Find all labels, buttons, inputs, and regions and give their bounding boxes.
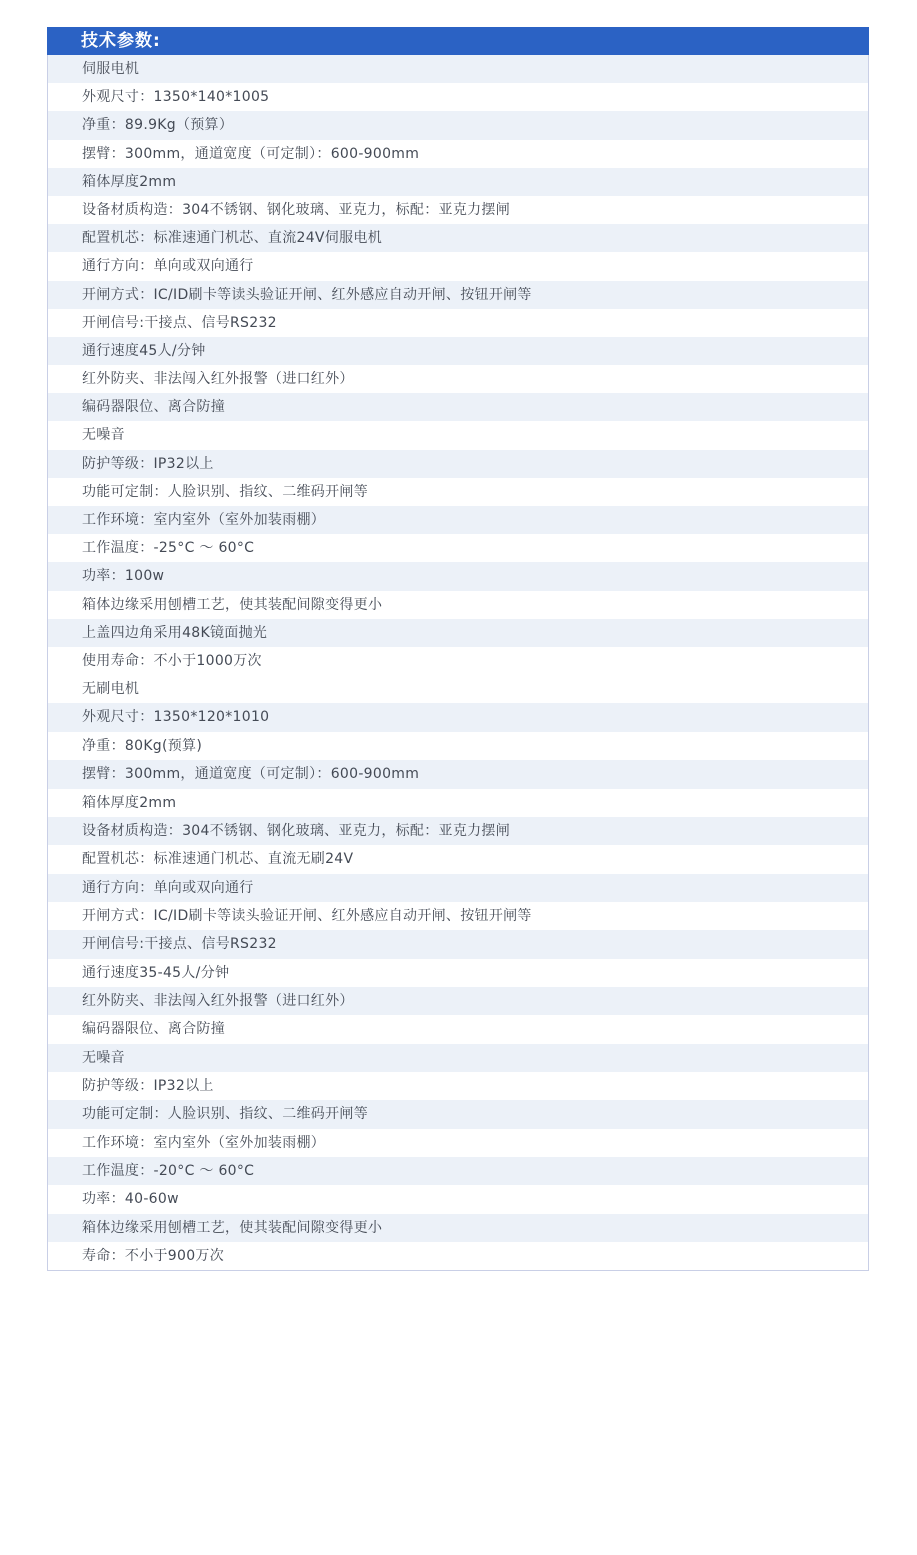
spec-row: 编码器限位、离合防撞: [48, 393, 868, 421]
spec-row: 设备材质构造：304不锈钢、钢化玻璃、亚克力，标配：亚克力摆闸: [48, 817, 868, 845]
spec-row: 箱体边缘采用刨槽工艺，使其装配间隙变得更小: [48, 591, 868, 619]
spec-row: 功率：100w: [48, 562, 868, 590]
spec-row: 通行速度45人/分钟: [48, 337, 868, 365]
spec-row: 摆臂：300mm，通道宽度（可定制）：600-900mm: [48, 140, 868, 168]
spec-row: 开闸方式：IC/ID刷卡等读头验证开闸、红外感应自动开闸、按钮开闸等: [48, 902, 868, 930]
spec-table-header: 技术参数:: [47, 27, 869, 55]
spec-row: 使用寿命：不小于1000万次: [48, 647, 868, 675]
spec-row: 开闸方式：IC/ID刷卡等读头验证开闸、红外感应自动开闸、按钮开闸等: [48, 281, 868, 309]
spec-row: 工作温度：-25°C ～ 60°C: [48, 534, 868, 562]
spec-row: 工作环境：室内室外（室外加装雨棚）: [48, 506, 868, 534]
spec-row: 净重：89.9Kg（预算）: [48, 111, 868, 139]
spec-row: 配置机芯：标准速通门机芯、直流无刷24V: [48, 845, 868, 873]
spec-row: 通行方向：单向或双向通行: [48, 874, 868, 902]
spec-row: 通行速度35-45人/分钟: [48, 959, 868, 987]
spec-row: 无噪音: [48, 1044, 868, 1072]
spec-row: 外观尺寸：1350*140*1005: [48, 83, 868, 111]
spec-row: 配置机芯：标准速通门机芯、直流24V伺服电机: [48, 224, 868, 252]
spec-row: 开闸信号:干接点、信号RS232: [48, 309, 868, 337]
section-brushless-motor: 无刷电机 外观尺寸：1350*120*1010 净重：80Kg(预算) 摆臂：3…: [48, 675, 868, 1270]
spec-row: 编码器限位、离合防撞: [48, 1015, 868, 1043]
section-title: 伺服电机: [48, 55, 868, 83]
spec-row: 防护等级：IP32以上: [48, 450, 868, 478]
spec-row: 净重：80Kg(预算): [48, 732, 868, 760]
spec-row: 工作温度：-20°C ～ 60°C: [48, 1157, 868, 1185]
spec-row: 寿命：不小于900万次: [48, 1242, 868, 1270]
section-servo-motor: 伺服电机 外观尺寸：1350*140*1005 净重：89.9Kg（预算） 摆臂…: [48, 55, 868, 675]
spec-row: 箱体边缘采用刨槽工艺，使其装配间隙变得更小: [48, 1214, 868, 1242]
spec-row: 开闸信号:干接点、信号RS232: [48, 930, 868, 958]
spec-row: 外观尺寸：1350*120*1010: [48, 703, 868, 731]
spec-row: 无噪音: [48, 421, 868, 449]
spec-row: 上盖四边角采用48K镜面抛光: [48, 619, 868, 647]
spec-row: 设备材质构造：304不锈钢、钢化玻璃、亚克力，标配：亚克力摆闸: [48, 196, 868, 224]
spec-row: 通行方向：单向或双向通行: [48, 252, 868, 280]
spec-row: 功能可定制：人脸识别、指纹、二维码开闸等: [48, 478, 868, 506]
spec-row: 红外防夹、非法闯入红外报警（进口红外）: [48, 987, 868, 1015]
spec-row: 功率：40-60w: [48, 1185, 868, 1213]
spec-table: 技术参数: 伺服电机 外观尺寸：1350*140*1005 净重：89.9Kg（…: [47, 27, 869, 1271]
spec-row: 箱体厚度2mm: [48, 168, 868, 196]
section-title: 无刷电机: [48, 675, 868, 703]
spec-row: 工作环境：室内室外（室外加装雨棚）: [48, 1129, 868, 1157]
section-title-label: 无刷电机: [82, 675, 868, 703]
spec-row: 箱体厚度2mm: [48, 789, 868, 817]
spec-row: 防护等级：IP32以上: [48, 1072, 868, 1100]
spec-row: 功能可定制：人脸识别、指纹、二维码开闸等: [48, 1100, 868, 1128]
spec-row: 红外防夹、非法闯入红外报警（进口红外）: [48, 365, 868, 393]
spec-row: 摆臂：300mm，通道宽度（可定制）：600-900mm: [48, 760, 868, 788]
